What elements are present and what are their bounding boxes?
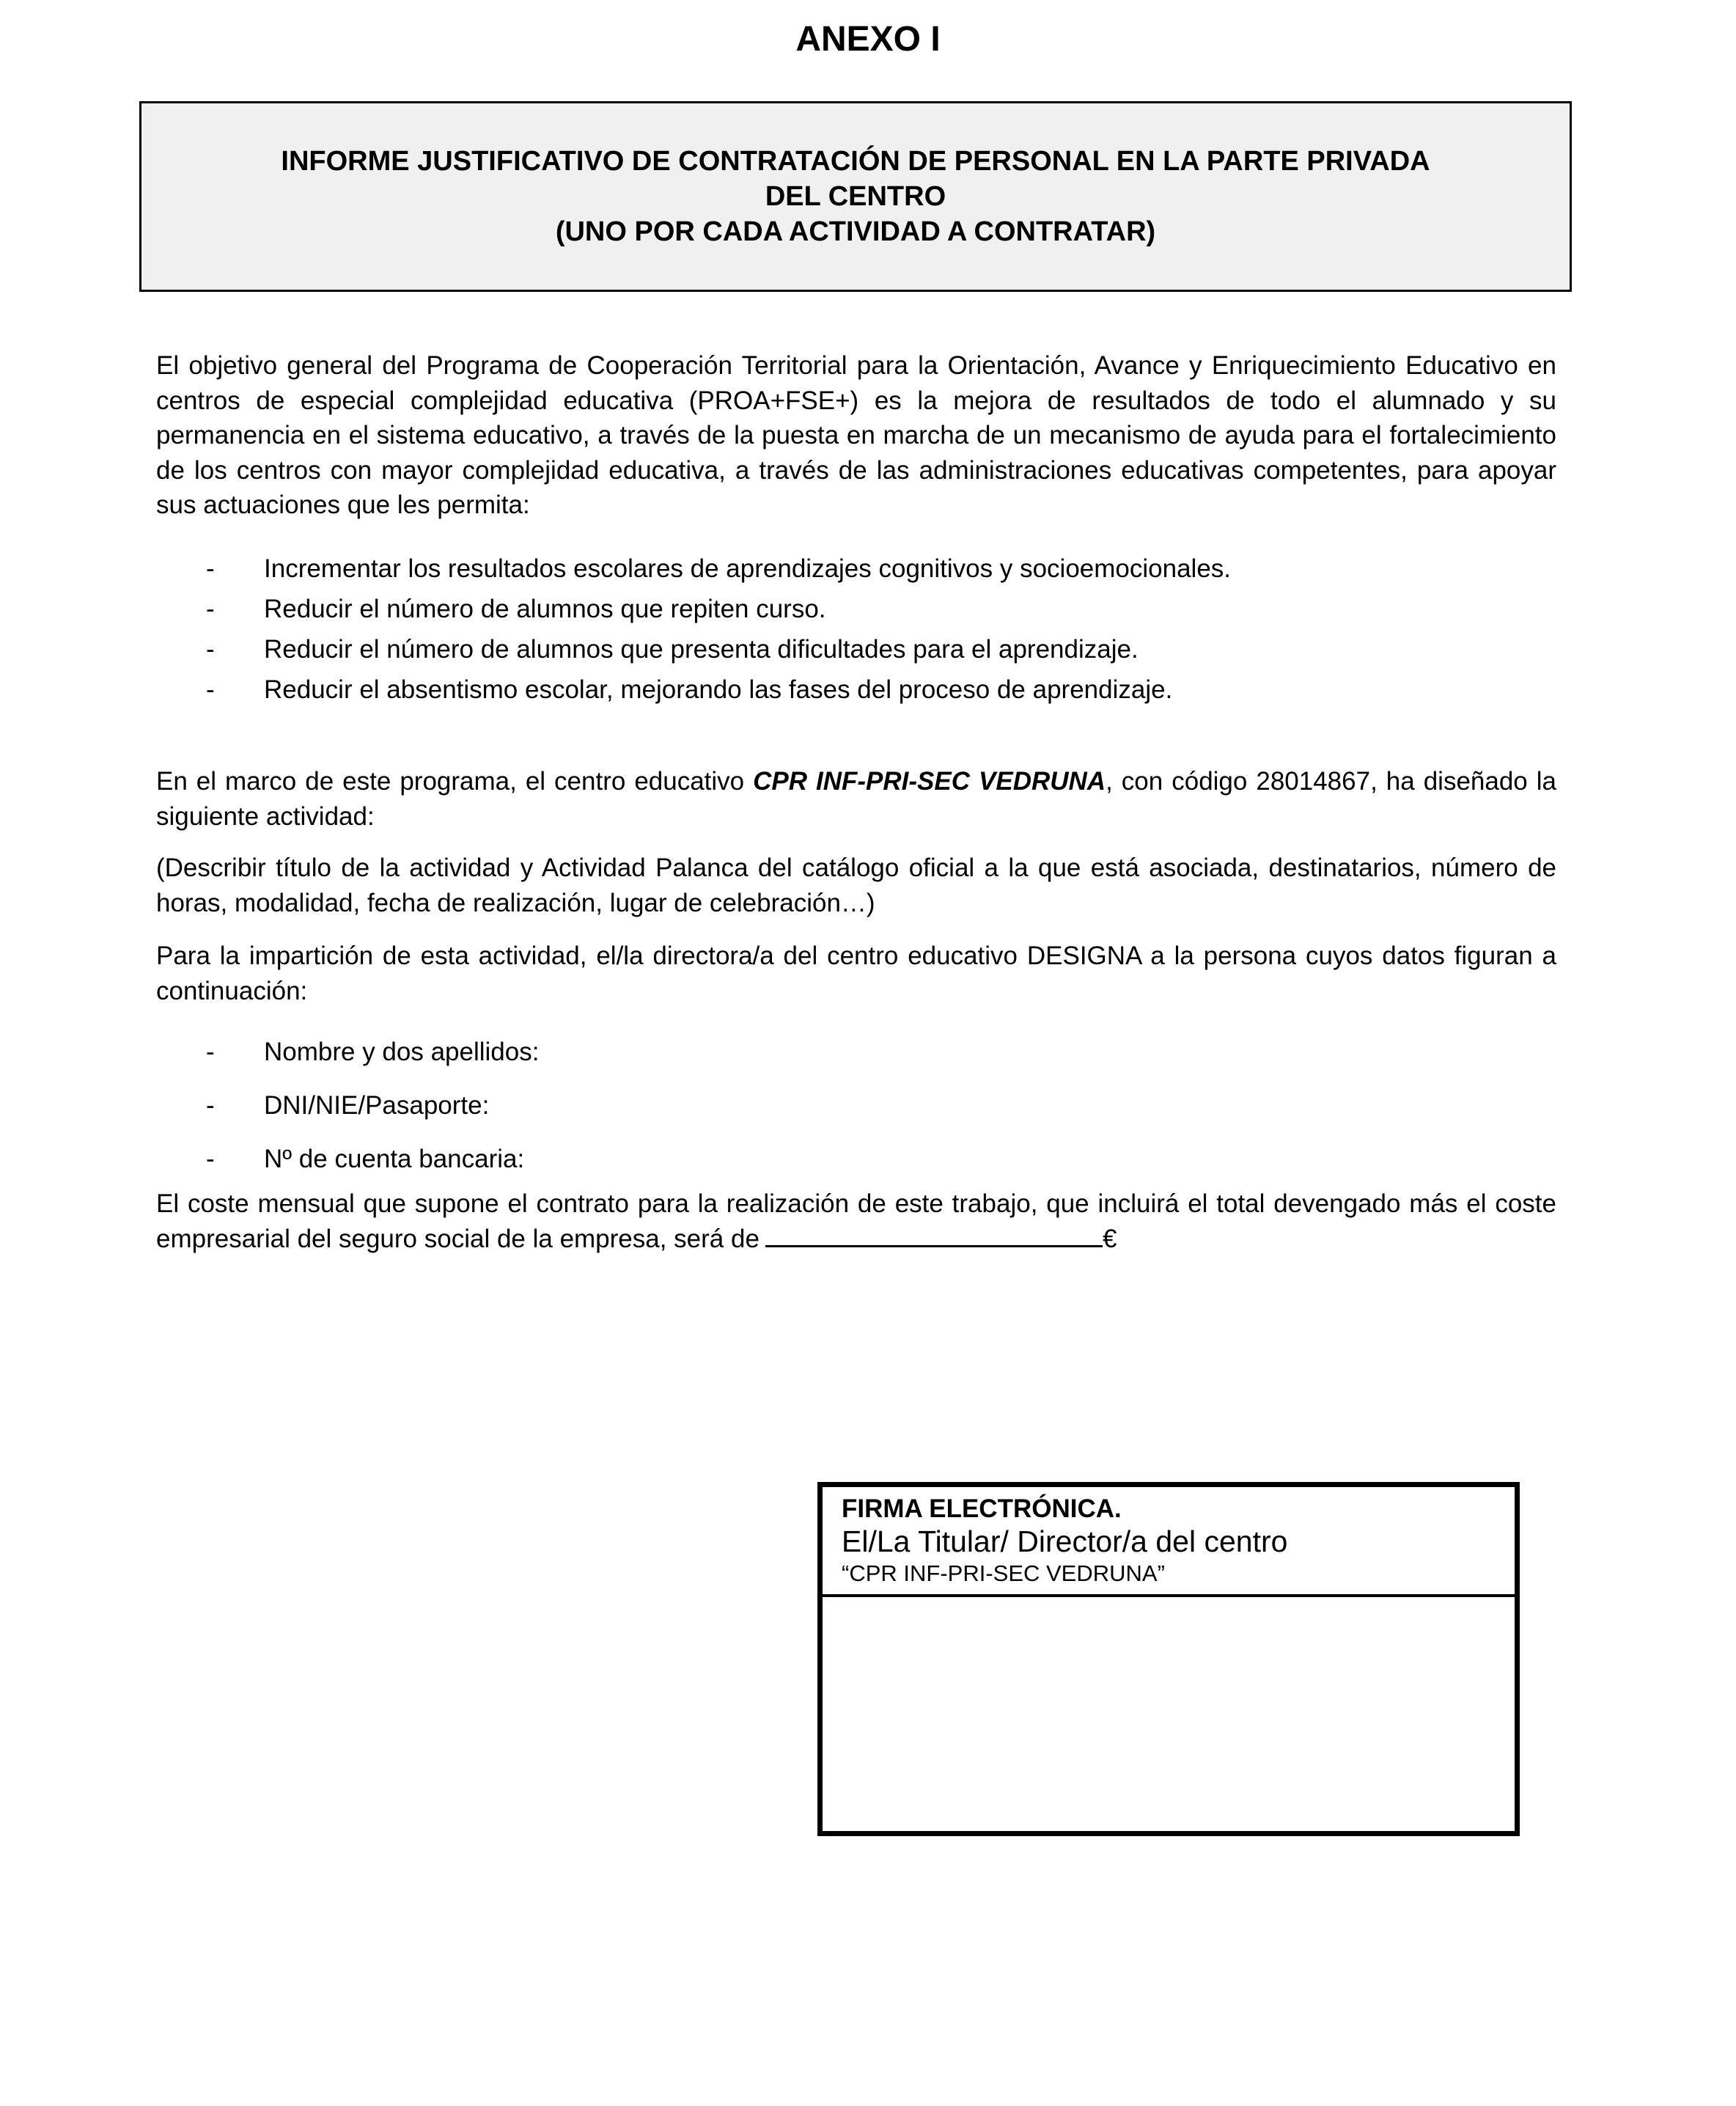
dash-bullet: -	[206, 548, 215, 589]
field-id-document: -DNI/NIE/Pasaporte:	[156, 1079, 1556, 1132]
person-fields-list: -Nombre y dos apellidos: -DNI/NIE/Pasapo…	[156, 1025, 1556, 1186]
signature-centre-name: “CPR INF-PRI-SEC VEDRUNA”	[842, 1559, 1515, 1588]
list-item: -Reducir el número de alumnos que repite…	[156, 589, 1556, 629]
header-titles: INFORME JUSTIFICATIVO DE CONTRATACIÓN DE…	[141, 144, 1570, 249]
field-label: Nº de cuenta bancaria:	[264, 1145, 524, 1173]
header-line-2: DEL CENTRO	[141, 179, 1570, 214]
field-label: DNI/NIE/Pasaporte:	[264, 1091, 489, 1120]
signature-label: FIRMA ELECTRÓNICA.	[842, 1494, 1515, 1524]
list-item: -Reducir el absentismo escolar, mejorand…	[156, 669, 1556, 710]
list-item: -Incrementar los resultados escolares de…	[156, 548, 1556, 589]
field-full-name: -Nombre y dos apellidos:	[156, 1025, 1556, 1079]
dash-bullet: -	[206, 589, 215, 629]
objective-text: Incrementar los resultados escolares de …	[264, 554, 1231, 583]
annex-title: ANEXO I	[0, 19, 1736, 60]
describe-activity-paragraph: (Describir título de la actividad y Acti…	[156, 851, 1556, 920]
objective-text: Reducir el número de alumnos que present…	[264, 635, 1139, 664]
centre-paragraph: En el marco de este programa, el centro …	[156, 764, 1556, 834]
dash-bullet: -	[206, 1079, 215, 1132]
dash-bullet: -	[206, 1132, 215, 1186]
objectives-list: -Incrementar los resultados escolares de…	[156, 548, 1556, 710]
signature-role: El/La Titular/ Director/a del centro	[842, 1524, 1515, 1559]
cost-amount-blank[interactable]	[765, 1223, 1103, 1247]
dash-bullet: -	[206, 669, 215, 710]
centre-name: CPR INF-PRI-SEC VEDRUNA	[753, 767, 1106, 796]
intro-paragraph: El objetivo general del Programa de Coop…	[156, 348, 1556, 523]
field-bank-account: -Nº de cuenta bancaria:	[156, 1132, 1556, 1186]
signature-area[interactable]	[823, 1597, 1515, 1831]
dash-bullet: -	[206, 629, 215, 669]
objective-text: Reducir el número de alumnos que repiten…	[264, 595, 826, 623]
header-line-3: (UNO POR CADA ACTIVIDAD A CONTRATAR)	[141, 214, 1570, 249]
signature-header: FIRMA ELECTRÓNICA. El/La Titular/ Direct…	[823, 1487, 1515, 1597]
field-label: Nombre y dos apellidos:	[264, 1038, 539, 1066]
header-box: INFORME JUSTIFICATIVO DE CONTRATACIÓN DE…	[139, 101, 1572, 292]
centre-paragraph-before: En el marco de este programa, el centro …	[156, 767, 753, 796]
signature-box: FIRMA ELECTRÓNICA. El/La Titular/ Direct…	[817, 1482, 1520, 1836]
dash-bullet: -	[206, 1025, 215, 1079]
cost-paragraph: El coste mensual que supone el contrato …	[156, 1186, 1556, 1256]
currency-symbol: €	[1103, 1225, 1117, 1253]
objective-text: Reducir el absentismo escolar, mejorando…	[264, 675, 1172, 704]
header-line-1: INFORME JUSTIFICATIVO DE CONTRATACIÓN DE…	[141, 144, 1570, 179]
designation-paragraph: Para la impartición de esta actividad, e…	[156, 939, 1556, 1008]
list-item: -Reducir el número de alumnos que presen…	[156, 629, 1556, 669]
